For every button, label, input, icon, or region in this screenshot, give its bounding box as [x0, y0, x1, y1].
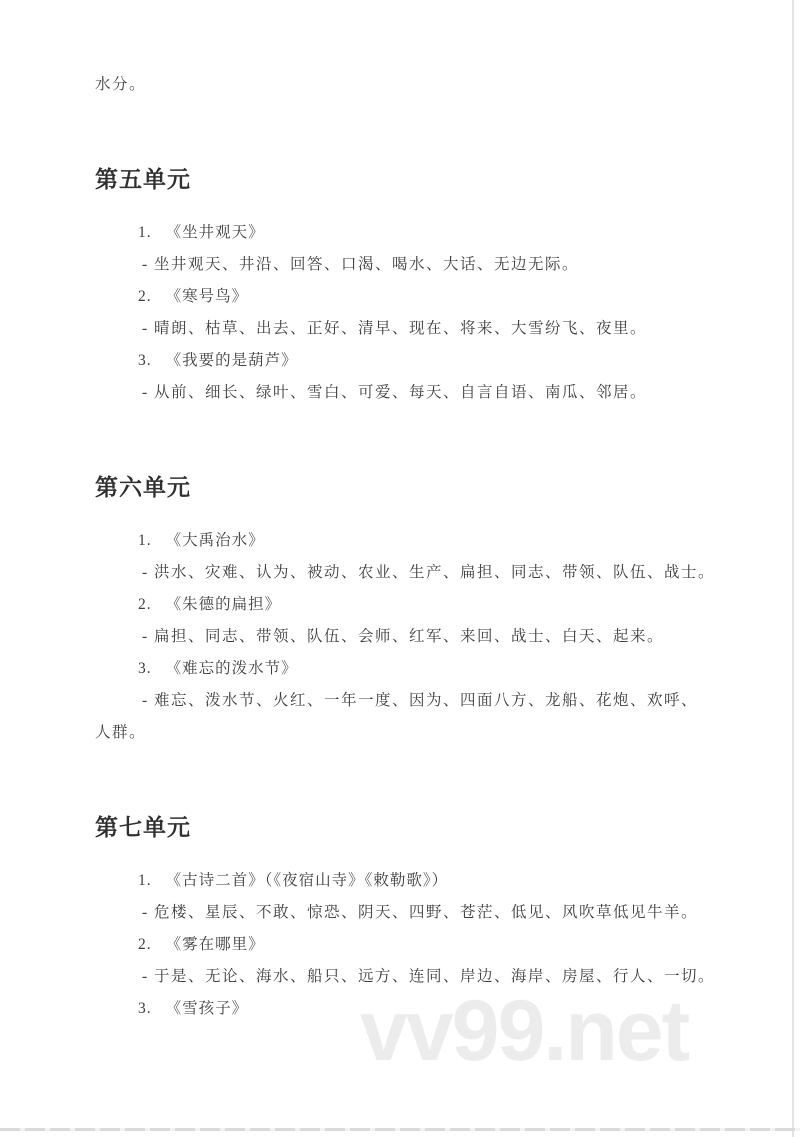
lesson-title: 3.《雪孩子》: [95, 1000, 727, 1017]
lesson-words: - 从前、细长、绿叶、雪白、可爱、每天、自言自语、南瓜、邻居。: [95, 384, 727, 401]
intro-paragraph: 水分。: [95, 76, 727, 93]
page-bottom-boundary: [0, 1128, 800, 1131]
lesson-name: 《坐井观天》: [166, 224, 265, 241]
lesson-number: 1.: [138, 532, 152, 549]
unit-heading: 第五单元: [95, 167, 727, 191]
lesson-name: 《雪孩子》: [166, 1000, 249, 1017]
lesson-title: 2.《雾在哪里》: [95, 936, 727, 953]
page-content: 水分。 第五单元1.《坐井观天》- 坐井观天、井沿、回答、口渴、喝水、大话、无边…: [95, 0, 727, 1017]
lesson-number: 3.: [138, 352, 152, 369]
lesson-name: 《朱德的扁担》: [166, 596, 282, 613]
lesson-words: - 晴朗、枯草、出去、正好、清早、现在、将来、大雪纷飞、夜里。: [95, 320, 727, 337]
lesson-name: 《我要的是葫芦》: [166, 352, 298, 369]
lesson-words: - 于是、无论、海水、船只、远方、连同、岸边、海岸、房屋、行人、一切。: [95, 968, 727, 985]
unit-section: 第七单元1.《古诗二首》（《夜宿山寺》《敕勒歌》）- 危楼、星辰、不敢、惊恐、阴…: [95, 815, 727, 1017]
lesson-number: 1.: [138, 872, 152, 889]
lesson-title: 2.《寒号鸟》: [95, 288, 727, 305]
lesson-number: 2.: [138, 596, 152, 613]
lesson-title: 1.《古诗二首》（《夜宿山寺》《敕勒歌》）: [95, 872, 727, 889]
lesson-words: 人群。: [95, 724, 727, 741]
lesson-title: 3.《我要的是葫芦》: [95, 352, 727, 369]
lesson-name: 《寒号鸟》: [166, 288, 249, 305]
unit-section: 第五单元1.《坐井观天》- 坐井观天、井沿、回答、口渴、喝水、大话、无边无际。2…: [95, 167, 727, 401]
lesson-title: 1.《坐井观天》: [95, 224, 727, 241]
lesson-title: 2.《朱德的扁担》: [95, 596, 727, 613]
lesson-words: - 洪水、灾难、认为、被动、农业、生产、扁担、同志、带领、队伍、战士。: [95, 564, 727, 581]
unit-heading: 第六单元: [95, 475, 727, 499]
lesson-number: 2.: [138, 288, 152, 305]
lesson-words: - 坐井观天、井沿、回答、口渴、喝水、大话、无边无际。: [95, 256, 727, 273]
lesson-name: 《大禹治水》: [166, 532, 265, 549]
lesson-number: 1.: [138, 224, 152, 241]
unit-section: 第六单元1.《大禹治水》- 洪水、灾难、认为、被动、农业、生产、扁担、同志、带领…: [95, 475, 727, 741]
lesson-title: 3.《难忘的泼水节》: [95, 660, 727, 677]
lesson-number: 3.: [138, 660, 152, 677]
lesson-name: 《难忘的泼水节》: [166, 660, 298, 677]
lesson-number: 3.: [138, 1000, 152, 1017]
lesson-name: 《古诗二首》（《夜宿山寺》《敕勒歌》）: [166, 872, 449, 889]
lesson-words: - 难忘、泼水节、火红、一年一度、因为、四面八方、龙船、花炮、欢呼、: [95, 692, 727, 709]
lesson-words: - 危楼、星辰、不敢、惊恐、阴天、四野、苍茫、低见、风吹草低见牛羊。: [95, 904, 727, 921]
unit-heading: 第七单元: [95, 815, 727, 839]
lesson-title: 1.《大禹治水》: [95, 532, 727, 549]
lesson-name: 《雾在哪里》: [166, 936, 265, 953]
page-right-edge: [792, 0, 794, 1137]
units-container: 第五单元1.《坐井观天》- 坐井观天、井沿、回答、口渴、喝水、大话、无边无际。2…: [95, 167, 727, 1017]
lesson-words: - 扁担、同志、带领、队伍、会师、红军、来回、战士、白天、起来。: [95, 628, 727, 645]
document-page: vv99.net 水分。 第五单元1.《坐井观天》- 坐井观天、井沿、回答、口渴…: [0, 0, 800, 1137]
lesson-number: 2.: [138, 936, 152, 953]
